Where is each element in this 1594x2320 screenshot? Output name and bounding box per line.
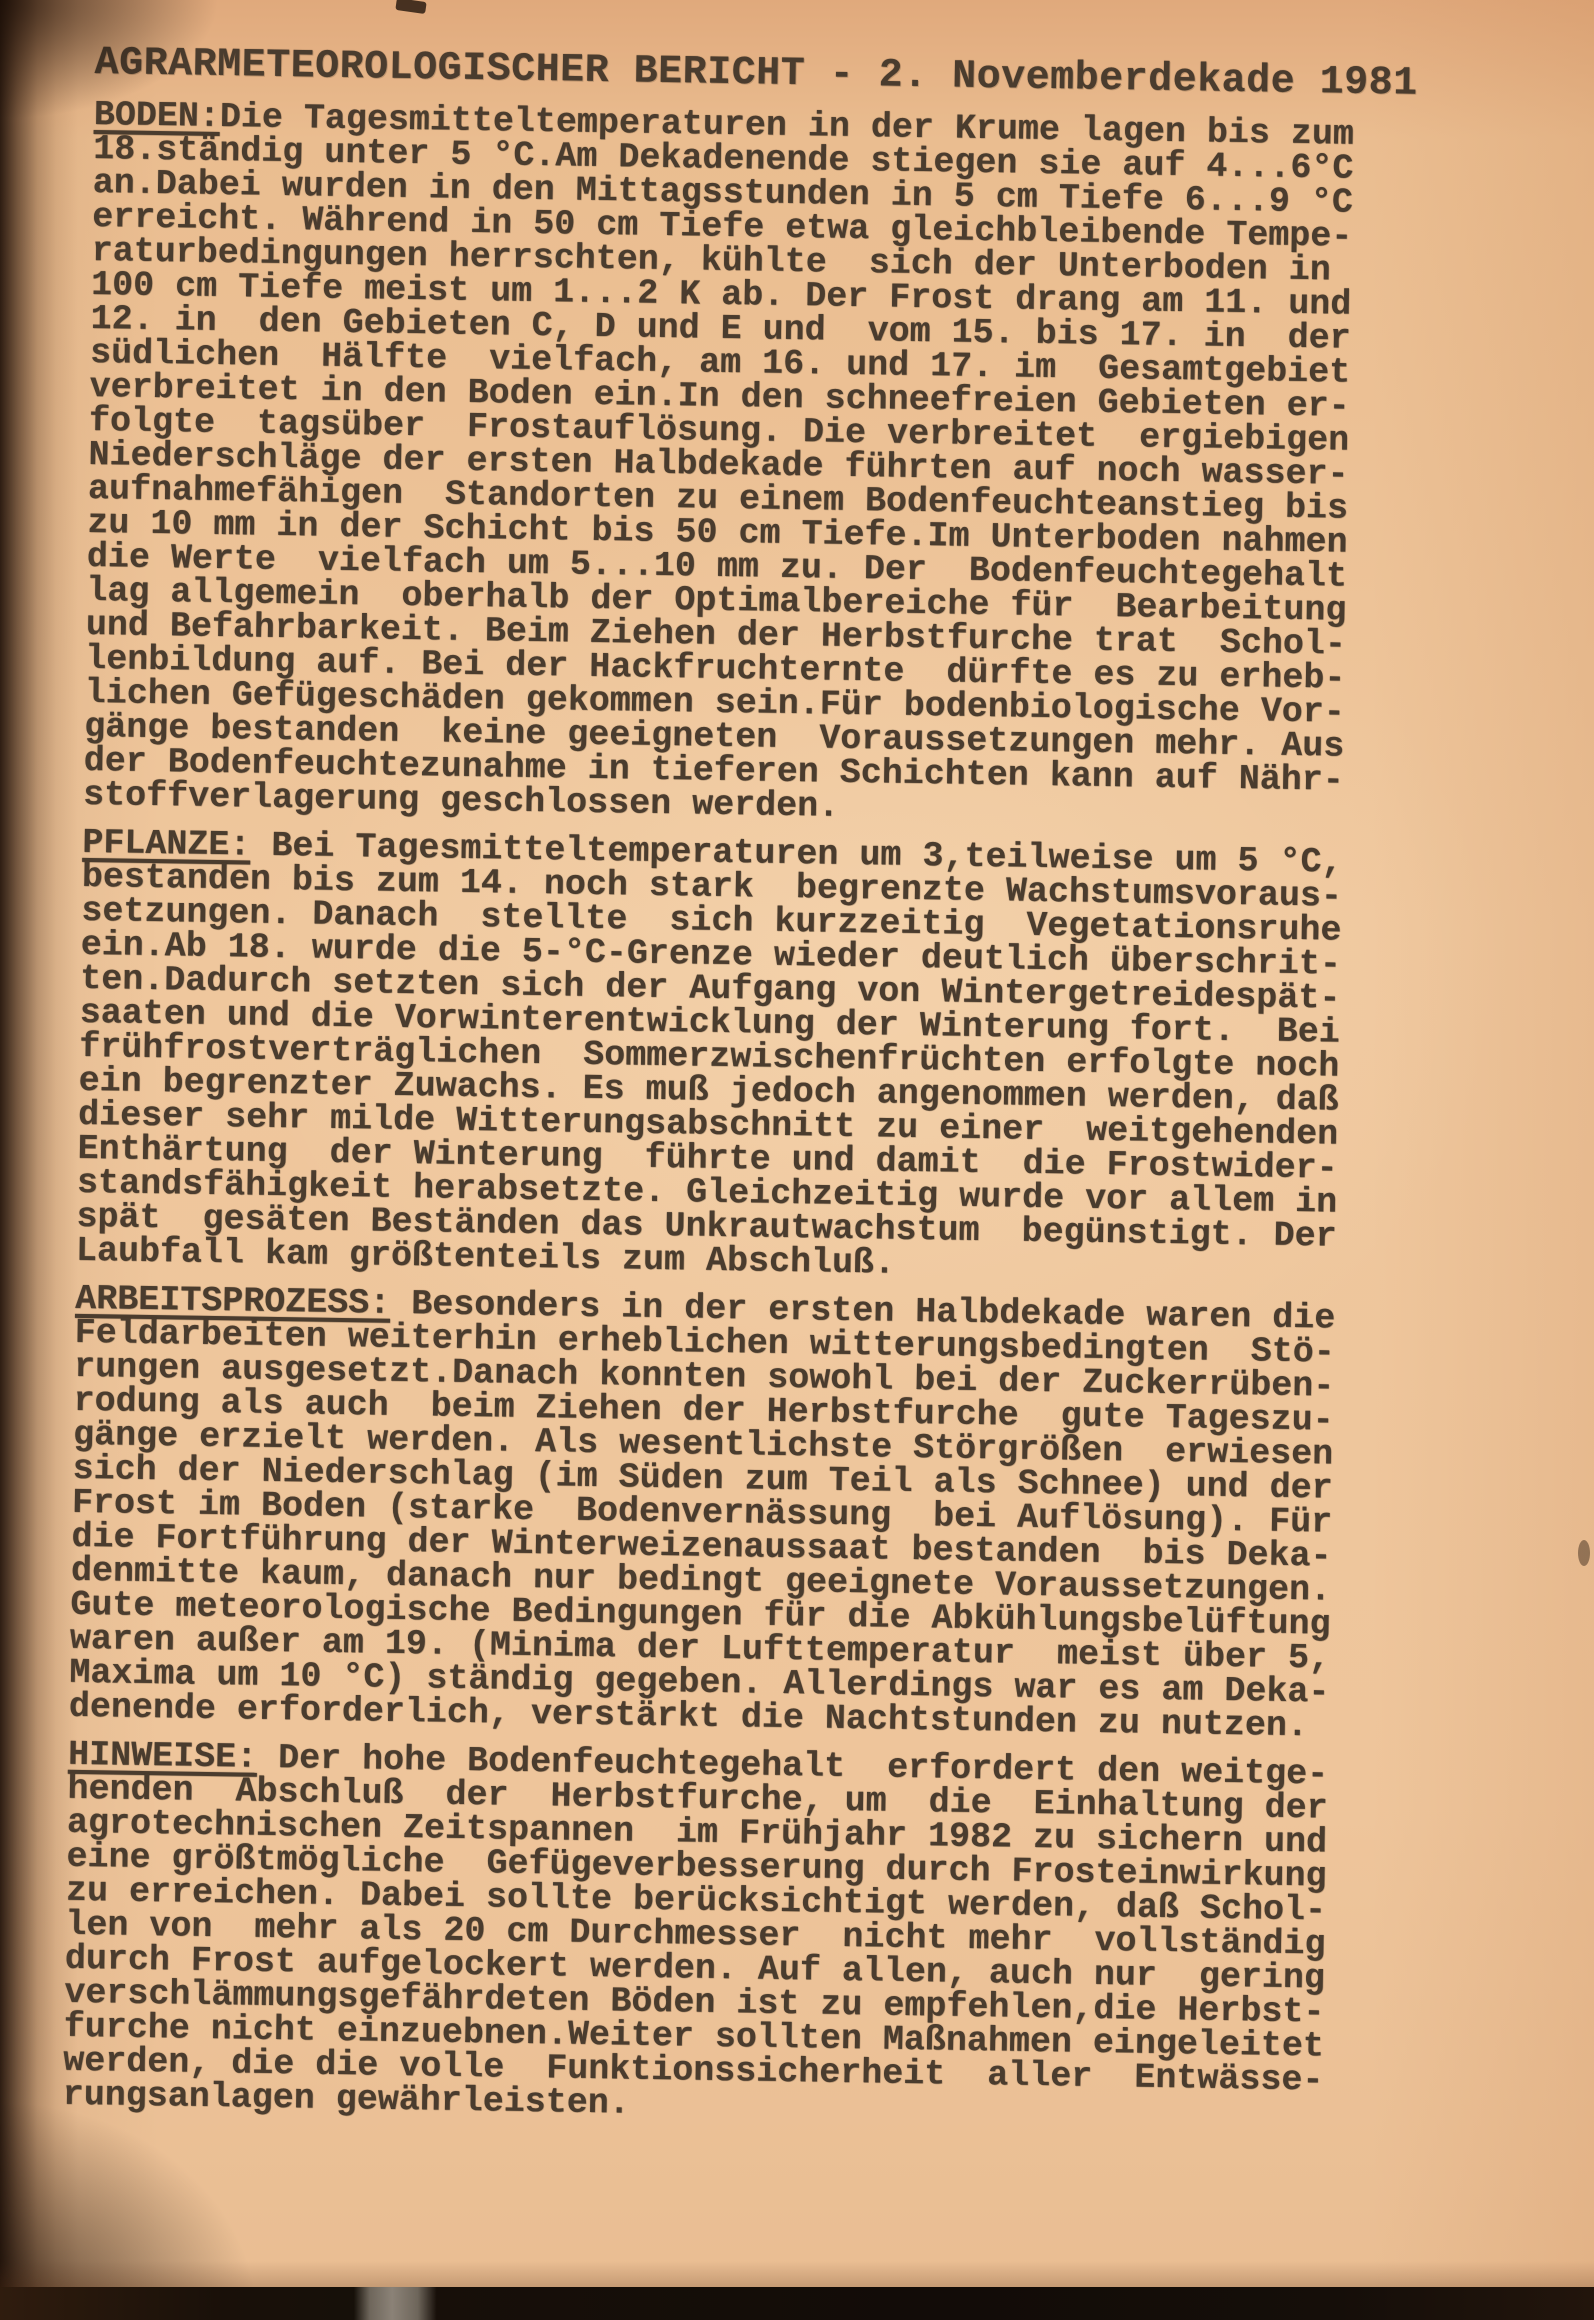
section-arbeitsprozess: ARBEITSPROZESS: Besonders in der ersten …: [69, 1282, 1406, 1745]
section-hinweise: HINWEISE: Der hohe Bodenfeuchtegehalt er…: [62, 1738, 1398, 2133]
section-body: bestanden bis zum 14. noch stark begrenz…: [76, 860, 1412, 1289]
section-body: 18.ständig unter 5 °C.Am Dekadenende sti…: [83, 132, 1424, 833]
scan-speck: [395, 0, 426, 14]
scanned-report-page: AGRARMETEOROLOGISCHER BERICHT - 2. Novem…: [0, 0, 1594, 2320]
scan-edge-bottom-shadow: [0, 2261, 1594, 2287]
section-body: Feldarbeiten weiterhin erheblichen witte…: [69, 1316, 1405, 1745]
report-content: AGRARMETEOROLOGISCHER BERICHT - 2. Novem…: [62, 42, 1424, 2133]
section-pflanze: PFLANZE: Bei Tagesmitteltemperaturen um …: [76, 826, 1413, 1289]
section-body: henden Abschluß der Herbstfurche, um die…: [62, 1772, 1397, 2133]
scan-speck: [1578, 1540, 1590, 1566]
scan-edge-bottom: [0, 2287, 1594, 2320]
section-boden: BODEN:Die Tagesmitteltemperaturen in der…: [83, 98, 1424, 833]
